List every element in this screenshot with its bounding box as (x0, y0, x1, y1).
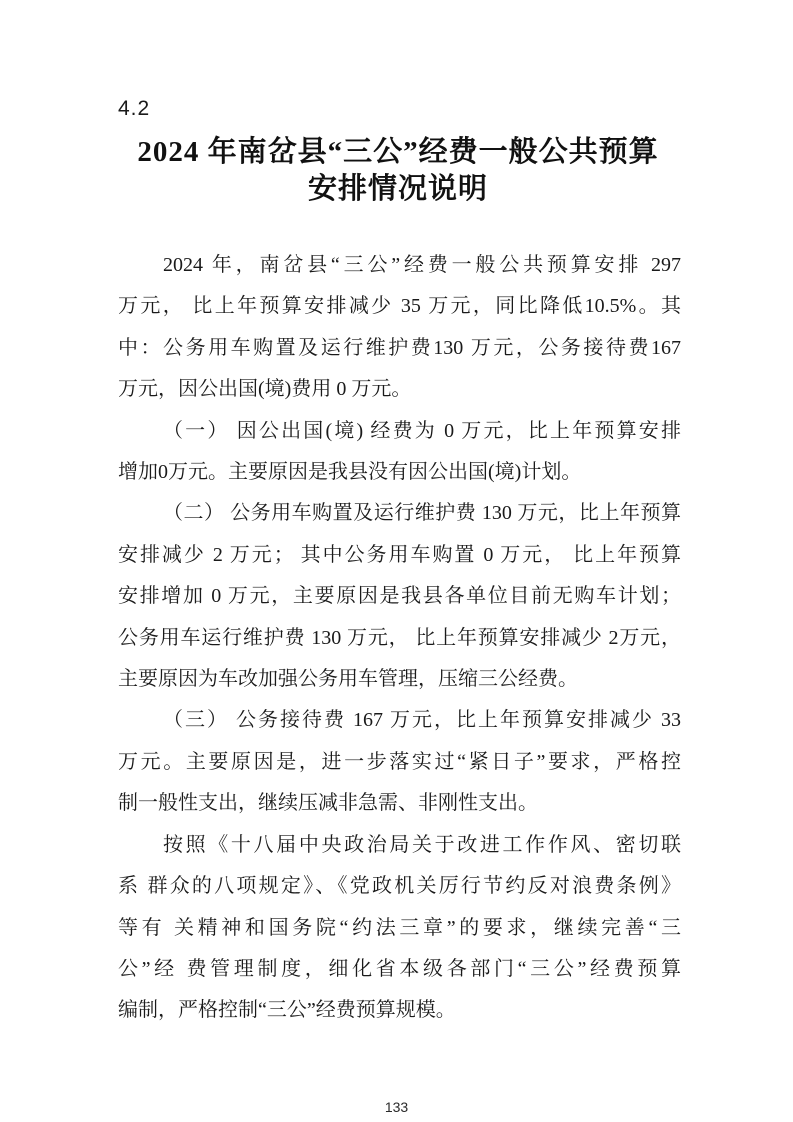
text-line: 等有 关精神和国务院“约法三章”的要求，继续完善“三 (118, 908, 681, 949)
paragraph-3: （二） 公务用车购置及运行维护费 130 万元，比上年预算安排减少 2 万元； … (118, 493, 681, 700)
text-line: 安排增加 0 万元，主要原因是我县各单位目前无购车计划； (118, 576, 681, 617)
document-body: 2024 年，南岔县“三公”经费一般公共预算安排 297万元， 比上年预算安排减… (118, 245, 681, 1032)
text-line: 万元， 比上年预算安排减少 35 万元，同比降低10.5%。其 (118, 286, 681, 327)
section-number: 4.2 (118, 96, 150, 122)
text-line: 制一般性支出，继续压减非急需、非刚性支出。 (118, 783, 681, 824)
text-line: 安排减少 2 万元； 其中公务用车购置 0 万元， 比上年预算 (118, 535, 681, 576)
text-line: 按照《十八届中央政治局关于改进工作作风、密切联 (118, 825, 681, 866)
text-line: （一） 因公出国(境) 经费为 0 万元，比上年预算安排 (118, 411, 681, 452)
text-line: 中：公务用车购置及运行维护费130 万元，公务接待费167 (118, 328, 681, 369)
document-page: 4.2 2024 年南岔县“三公”经费一般公共预算 安排情况说明 2024 年，… (0, 0, 793, 1122)
page-number: 133 (0, 1098, 793, 1116)
text-line: 系 群众的八项规定》、《党政机关厉行节约反对浪费条例》 (118, 866, 681, 907)
paragraph-5: 按照《十八届中央政治局关于改进工作作风、密切联系 群众的八项规定》、《党政机关厉… (118, 825, 681, 1032)
paragraph-4: （三） 公务接待费 167 万元，比上年预算安排减少 33万元。主要原因是，进一… (118, 700, 681, 824)
paragraph-2: （一） 因公出国(境) 经费为 0 万元，比上年预算安排增加0万元。主要原因是我… (118, 411, 681, 494)
text-line: 公”经 费管理制度，细化省本级各部门“三公”经费预算 (118, 949, 681, 990)
title-line-1: 2024 年南岔县“三公”经费一般公共预算 (115, 134, 681, 171)
text-line: 2024 年，南岔县“三公”经费一般公共预算安排 297 (118, 245, 681, 286)
text-line: 增加0万元。主要原因是我县没有因公出国(境)计划。 (118, 452, 681, 493)
text-line: 万元，因公出国(境)费用 0 万元。 (118, 369, 681, 410)
text-line: 万元。主要原因是，进一步落实过“紧日子”要求，严格控 (118, 742, 681, 783)
text-line: （三） 公务接待费 167 万元，比上年预算安排减少 33 (118, 700, 681, 741)
document-title: 2024 年南岔县“三公”经费一般公共预算 安排情况说明 (115, 134, 681, 208)
text-line: 编制，严格控制“三公”经费预算规模。 (118, 990, 681, 1031)
text-line: 公务用车运行维护费 130 万元， 比上年预算安排减少 2万元， (118, 618, 681, 659)
title-line-2: 安排情况说明 (115, 171, 681, 208)
paragraph-1: 2024 年，南岔县“三公”经费一般公共预算安排 297万元， 比上年预算安排减… (118, 245, 681, 411)
text-line: （二） 公务用车购置及运行维护费 130 万元，比上年预算 (118, 493, 681, 534)
text-line: 主要原因为车改加强公务用车管理，压缩三公经费。 (118, 659, 681, 700)
